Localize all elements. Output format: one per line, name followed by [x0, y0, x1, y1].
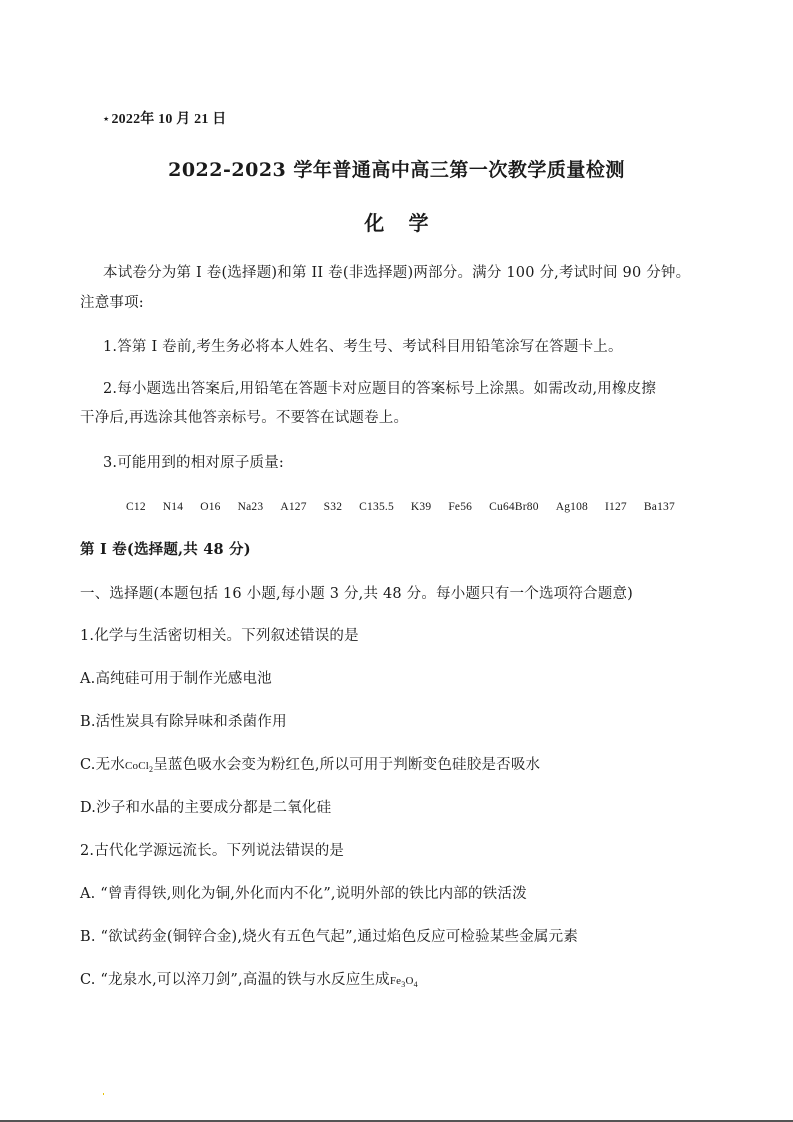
question-2-option-a: A. “曾青得铁,则化为铜,外化而内不化”,说明外部的铁比内部的铁活泼 — [80, 884, 527, 904]
exam-title: 2022-2023 学年普通高中高三第一次教学质量检测 — [0, 157, 793, 183]
note-3: 3.可能用到的相对原子质量: — [103, 453, 284, 473]
atomic-mass-k: K39 — [411, 499, 431, 515]
section-heading: 第 I 卷(选择题,共 48 分) — [80, 540, 251, 560]
scan-speck — [103, 1093, 104, 1095]
question-1-option-b: B.活性炭具有除异味和杀菌作用 — [80, 712, 287, 732]
notes-heading: 注意事项: — [80, 293, 144, 313]
intro-line-1: 本试卷分为第 I 卷(选择题)和第 II 卷(非选择题)两部分。满分 100 分… — [103, 263, 690, 283]
option-c-prefix: C. “龙泉水,可以淬刀剑”,高温的铁与水反应生成 — [80, 972, 390, 988]
question-1-option-d: D.沙子和水晶的主要成分都是二氧化硅 — [80, 798, 331, 818]
formula-subscript-4: 4 — [414, 980, 418, 989]
atomic-mass-cl: C135.5 — [359, 499, 394, 515]
exam-date: ⋆2022年 10 月 21 日 — [103, 110, 226, 130]
formula-text-o: O — [405, 975, 413, 987]
subject-char-1: 化 — [364, 211, 384, 235]
note-1: 1.答第 I 卷前,考生务必将本人姓名、考生号、考试科目用铅笔涂写在答题卡上。 — [103, 337, 623, 357]
atomic-mass-fe: Fe56 — [448, 499, 472, 515]
question-1-stem: 1.化学与生活密切相关。下列叙述错误的是 — [80, 626, 359, 646]
atomic-mass-i: I127 — [605, 499, 627, 515]
atomic-mass-ba: Ba137 — [644, 499, 675, 515]
atomic-mass-list: C12 N14 O16 Na23 A127 S32 C135.5 K39 Fe5… — [126, 499, 692, 515]
question-1-option-c: C.无水CoCl2呈蓝色吸水会变为粉红色,所以可用于判断变色硅胶是否吸水 — [80, 755, 540, 780]
star-icon: ⋆ — [103, 114, 109, 125]
option-c-suffix: 呈蓝色吸水会变为粉红色,所以可用于判断变色硅胶是否吸水 — [153, 757, 540, 773]
formula-cocl2: CoCl2 — [125, 760, 153, 772]
subject-char-2: 学 — [409, 211, 429, 235]
section-instructions: 一、选择题(本题包括 16 小题,每小题 3 分,共 48 分。每小题只有一个选… — [80, 584, 633, 604]
exam-page: ⋆2022年 10 月 21 日 2022-2023 学年普通高中高三第一次教学… — [0, 0, 793, 1122]
atomic-mass-br: Br80 — [515, 499, 539, 515]
question-2-option-c: C. “龙泉水,可以淬刀剑”,高温的铁与水反应生成Fe3O4 — [80, 970, 418, 995]
atomic-mass-o: O16 — [200, 499, 220, 515]
subject-title: 化学 — [0, 209, 793, 237]
question-2-stem: 2.古代化学源远流长。下列说法错误的是 — [80, 841, 344, 861]
atomic-mass-s: S32 — [324, 499, 343, 515]
date-text: 2022年 10 月 21 日 — [111, 112, 226, 127]
atomic-mass-ag: Ag108 — [556, 499, 588, 515]
atomic-mass-al: A127 — [280, 499, 306, 515]
formula-fe3o4: Fe3O4 — [390, 975, 418, 987]
note-2: 2.每小题选出答案后,用铅笔在答题卡对应题目的答案标号上涂黑。如需改动,用橡皮擦 — [103, 379, 656, 399]
atomic-mass-na: Na23 — [238, 499, 264, 515]
atomic-mass-cu: Cu64 — [489, 499, 515, 515]
question-1-option-a: A.高纯硅可用于制作光感电池 — [80, 669, 272, 689]
option-c-prefix: C.无水 — [80, 757, 125, 773]
question-2-option-b: B. “欲试药金(铜锌合金),烧火有五色气起”,通过焰色反应可检验某些金属元素 — [80, 927, 578, 947]
atomic-mass-n: N14 — [163, 499, 183, 515]
note-2-continued: 干净后,再选涂其他答亲标号。不要答在试题卷上。 — [80, 408, 408, 428]
formula-text-fe: Fe — [390, 975, 401, 987]
atomic-mass-c: C12 — [126, 499, 146, 515]
formula-text: CoCl — [125, 760, 149, 772]
